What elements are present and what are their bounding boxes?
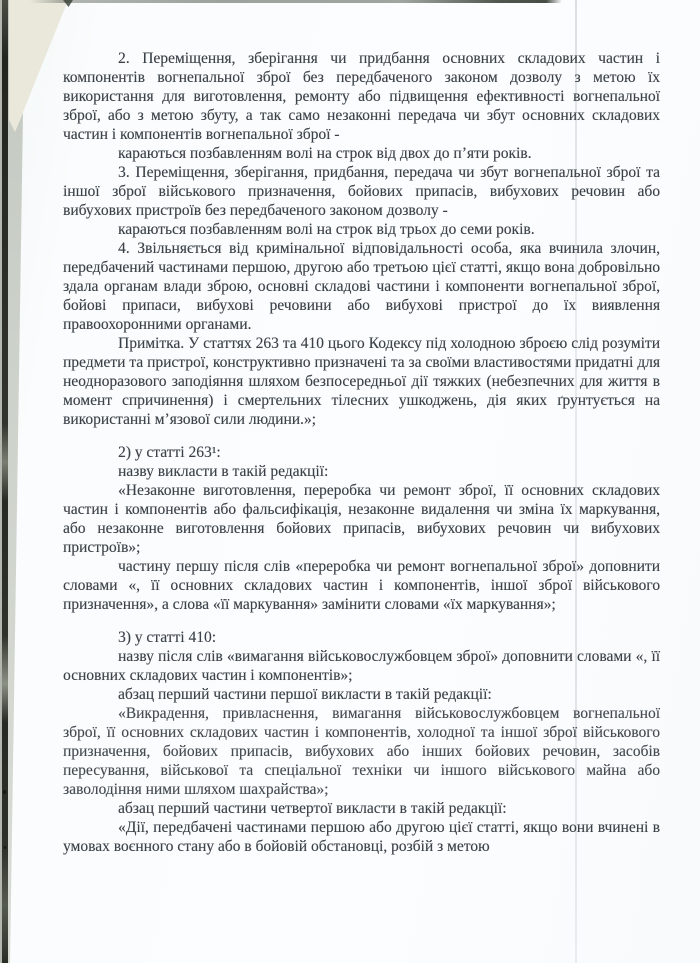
paragraph: «Незаконне виготовлення, переробка чи ре… xyxy=(63,481,660,557)
scan-speck xyxy=(3,790,6,794)
scan-speck xyxy=(4,846,6,849)
paragraph: 3. Переміщення, зберігання, придбання, п… xyxy=(63,163,660,220)
paragraph: «Викрадення, привласнення, вимагання вій… xyxy=(63,704,660,799)
paragraph: 4. Звільняється від кримінальної відпові… xyxy=(63,239,660,334)
paragraph: Примітка. У статтях 263 та 410 цього Код… xyxy=(63,334,660,429)
scanner-edge-dark-strip xyxy=(2,0,8,963)
paragraph: частину першу після слів «переробка чи р… xyxy=(63,557,660,614)
document-text: 2. Переміщення, зберігання чи придбання … xyxy=(63,49,660,856)
paragraph: назву викласти в такій редакції: xyxy=(63,462,660,481)
paragraph: караються позбавленням волі на строк від… xyxy=(63,220,660,239)
paragraph: караються позбавленням волі на строк від… xyxy=(63,144,660,163)
paragraph: 2. Переміщення, зберігання чи придбання … xyxy=(63,49,660,144)
paragraph: назву після слів «вимагання військовослу… xyxy=(63,647,660,685)
page-top-scan-edge xyxy=(30,0,562,3)
paragraph: 2) у статті 263¹: xyxy=(63,443,660,462)
paragraph: 3) у статті 410: xyxy=(63,628,660,647)
paragraph: абзац перший частини четвертої викласти … xyxy=(63,799,660,818)
paragraph: абзац перший частини першої викласти в т… xyxy=(63,685,660,704)
paragraph: «Дії, передбачені частинами першою або д… xyxy=(63,818,660,856)
